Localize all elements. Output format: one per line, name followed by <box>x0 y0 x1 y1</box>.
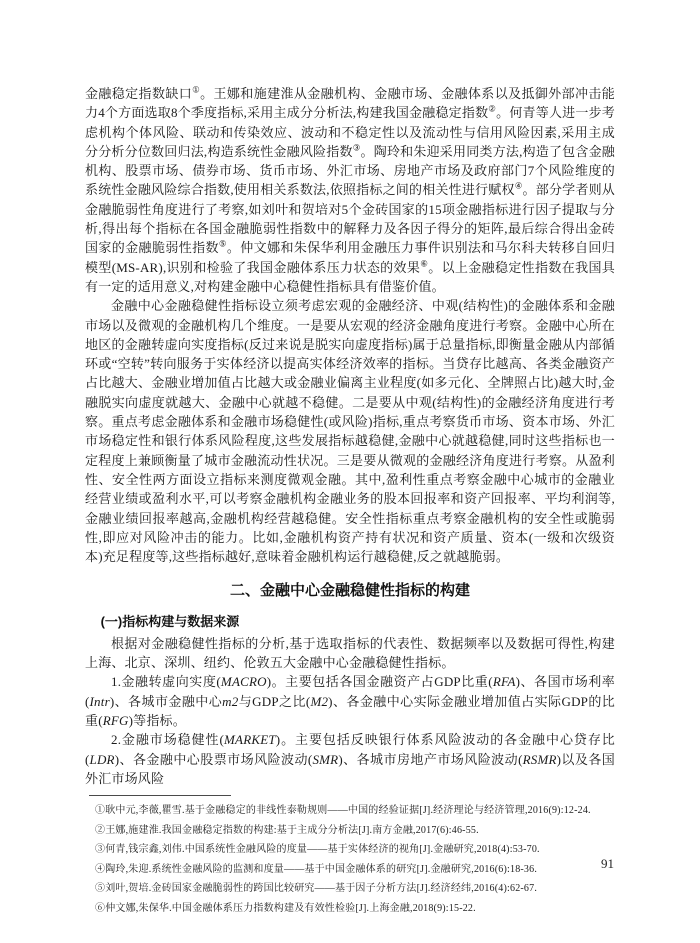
footnote-ref: ③ <box>353 143 361 153</box>
footnote-separator <box>89 795 231 796</box>
text-segment: )、各城市房地产市场风险波动( <box>338 752 522 767</box>
text-segment: Intr <box>90 694 110 709</box>
text-segment: )。主要包括各国金融资产占GDP比重( <box>267 674 493 689</box>
paragraph-dimensions: 金融中心金融稳健性指标设立须考虑宏观的金融经济、中观(结构性)的金融体系和金融市… <box>85 296 615 566</box>
text-segment: 金融稳定指数缺口 <box>85 86 192 101</box>
section-heading: 二、金融中心金融稳健性指标的构建 <box>85 580 615 601</box>
list-item-market: 2.金融市场稳健性(MARKET)。主要包括反映银行体系风险波动的各金融中心贷存… <box>85 730 615 788</box>
page-content: 金融稳定指数缺口①。王娜和施建淮从金融机构、金融市场、金融体系以及抵御外部冲击能… <box>85 84 615 919</box>
footnote-ref: ⑤ <box>219 239 227 249</box>
text-segment: MARKET <box>224 732 276 747</box>
text-segment: )、各金融中心股票市场风险波动( <box>115 752 313 767</box>
text-segment: )、各城市金融中心 <box>110 694 222 709</box>
footnote: ⑥仲文娜,朱保华.中国金融体系压力指数构建及有效性检验[J].上海金融,2018… <box>85 899 615 919</box>
text-segment: RSMR <box>523 752 557 767</box>
footnote-ref: ① <box>192 85 200 95</box>
text-segment: MACRO <box>221 674 267 689</box>
text-segment: RFA <box>493 674 516 689</box>
footnote: ②王娜,施建淮.我国金融稳定指数的构建:基于主成分分析法[J].南方金融,201… <box>85 821 615 841</box>
footnote-ref: ④ <box>515 181 523 191</box>
text-segment: M2 <box>310 694 328 709</box>
text-segment: )等指标。 <box>129 713 186 728</box>
footnote: ⑤刘叶,贺培.金砖国家金融脆弱性的跨国比较研究——基于因子分析方法[J].经济经… <box>85 879 615 899</box>
list-item-macro: 1.金融转虚向实度(MACRO)。主要包括各国金融资产占GDP比重(RFA)、各… <box>85 672 615 730</box>
paragraph-continuation: 金融稳定指数缺口①。王娜和施建淮从金融机构、金融市场、金融体系以及抵御外部冲击能… <box>85 84 615 296</box>
text-segment: 2.金融市场稳健性( <box>111 732 224 747</box>
footnote: ③何青,钱宗鑫,刘伟.中国系统性金融风险的度量——基于实体经济的视角[J].金融… <box>85 840 615 860</box>
footnote: ④陶玲,朱迎.系统性金融风险的监测和度量——基于中国金融体系的研究[J].金融研… <box>85 860 615 880</box>
footnote-ref: ② <box>488 104 496 114</box>
paragraph-data-sources: 根据对金融稳健性指标的分析,基于选取指标的代表性、数据频率以及数据可得性,构建上… <box>85 634 615 673</box>
text-segment: SMR <box>312 752 338 767</box>
text-segment: RFG <box>103 713 129 728</box>
text-segment: 1.金融转虚向实度( <box>111 674 221 689</box>
subsection-heading: (一)指标构建与数据来源 <box>85 612 615 631</box>
paper-page: 金融稳定指数缺口①。王娜和施建淮从金融机构、金融市场、金融体系以及抵御外部冲击能… <box>0 0 700 943</box>
text-segment: m2 <box>222 694 238 709</box>
footnote: ①耿中元,李薇,瞿雪.基于金融稳定的非线性泰勒规则——中国的经验证据[J].经济… <box>85 801 615 821</box>
footnotes: ①耿中元,李薇,瞿雪.基于金融稳定的非线性泰勒规则——中国的经验证据[J].经济… <box>85 801 615 919</box>
text-segment: LDR <box>90 752 115 767</box>
text-segment: 与GDP之比( <box>238 694 310 709</box>
page-number: 91 <box>601 856 614 872</box>
